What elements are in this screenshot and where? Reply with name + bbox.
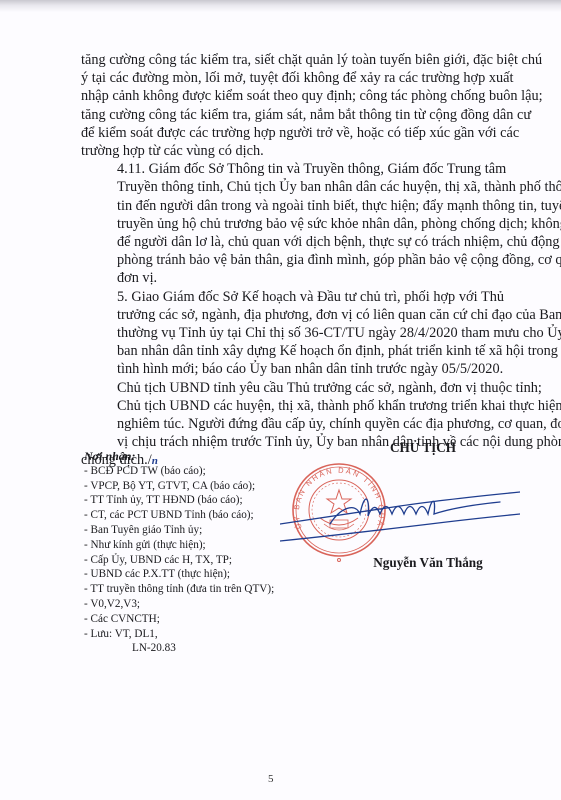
text-line: Chủ tịch UBND tỉnh yêu cầu Thủ trưởng cá… (81, 379, 504, 397)
text-line: tăng cường công tác kiểm tra, giám sát, … (81, 106, 504, 124)
text-line: phòng tránh bảo vệ bản thân, gia đình mì… (81, 251, 504, 269)
recipients-title: Nơi nhận: (84, 449, 274, 464)
recipient-item: - CT, các PCT UBND Tỉnh (báo cáo); (84, 508, 274, 523)
text-line: 5. Giao Giám đốc Sở Kế hoạch và Đầu tư c… (81, 288, 504, 306)
text-line: để kiểm soát được các trường hợp người t… (81, 124, 504, 142)
text-line: ý tại các đường mòn, lối mở, tuyệt đối k… (81, 69, 504, 87)
paragraph: tăng cường công tác kiểm tra, siết chặt … (81, 51, 504, 160)
scan-top-edge (0, 0, 561, 12)
recipient-item: - TT truyền thông tỉnh (đưa tin trên QTV… (84, 582, 274, 597)
document-code: LN-20.83 (84, 641, 274, 656)
signer-name: Nguyễn Văn Thắng (338, 555, 518, 571)
signature-title: CHỦ TỊCH (368, 440, 478, 456)
text-line: để người dân lơ là, chủ quan với dịch bệ… (81, 233, 504, 251)
text-line: nghiêm túc. Người đứng đầu cấp ủy, chính… (81, 415, 504, 433)
recipient-item: - Ban Tuyên giáo Tỉnh ủy; (84, 523, 274, 538)
text-line: nhập cảnh không được kiểm soát theo quy … (81, 87, 504, 105)
recipient-item: - Cấp Ủy, UBND các H, TX, TP; (84, 553, 274, 568)
recipient-item: - Các CVNCTH; (84, 612, 274, 627)
recipient-item: - TT Tỉnh ủy, TT HĐND (báo cáo); (84, 493, 274, 508)
recipient-item: - V0,V2,V3; (84, 597, 274, 612)
paragraph: 5. Giao Giám đốc Sở Kế hoạch và Đầu tư c… (81, 288, 504, 379)
recipient-item: - Như kính gửi (thực hiện); (84, 538, 274, 553)
text-line: 4.11. Giám đốc Sở Thông tin và Truyền th… (81, 160, 504, 178)
text-line: Chủ tịch UBND các huyện, thị xã, thành p… (81, 397, 504, 415)
page-number: 5 (268, 773, 274, 785)
text-line: tăng cường công tác kiểm tra, siết chặt … (81, 51, 504, 69)
text-line: đơn vị. (81, 269, 504, 287)
text-line: ban nhân dân tỉnh xây dựng Kế hoạch ổn đ… (81, 342, 504, 360)
text-line: thường vụ Tỉnh ủy tại Chỉ thị số 36-CT/T… (81, 324, 504, 342)
text-line: truyền ủng hộ chủ trương bảo vệ sức khỏe… (81, 215, 504, 233)
text-line: Truyền thông tỉnh, Chủ tịch Ủy ban nhân … (81, 178, 504, 196)
recipient-item: - UBND các P.X.TT (thực hiện); (84, 567, 274, 582)
recipients-list: Nơi nhận: - BCĐ PCD TW (báo cáo);- VPCP,… (84, 449, 274, 656)
paragraph: 4.11. Giám đốc Sở Thông tin và Truyền th… (81, 160, 504, 287)
text-line: tin đến người dân trong và ngoài tỉnh bi… (81, 197, 504, 215)
document-body: tăng cường công tác kiểm tra, siết chặt … (81, 51, 504, 471)
recipient-item: - VPCP, Bộ YT, GTVT, CA (báo cáo); (84, 479, 274, 494)
text-line: trưởng các sở, ngành, địa phương, đơn vị… (81, 306, 504, 324)
recipient-item: - BCĐ PCD TW (báo cáo); (84, 464, 274, 479)
signature-block: ỦY BAN NHÂN DÂN TỈNH QUẢNG NINH CHỦ TỊCH… (280, 440, 520, 580)
text-line: tình hình mới; báo cáo Ủy ban nhân dân t… (81, 360, 504, 378)
recipient-item: - Lưu: VT, DL1, (84, 627, 274, 642)
text-line: trường hợp từ các vùng có dịch. (81, 142, 504, 160)
